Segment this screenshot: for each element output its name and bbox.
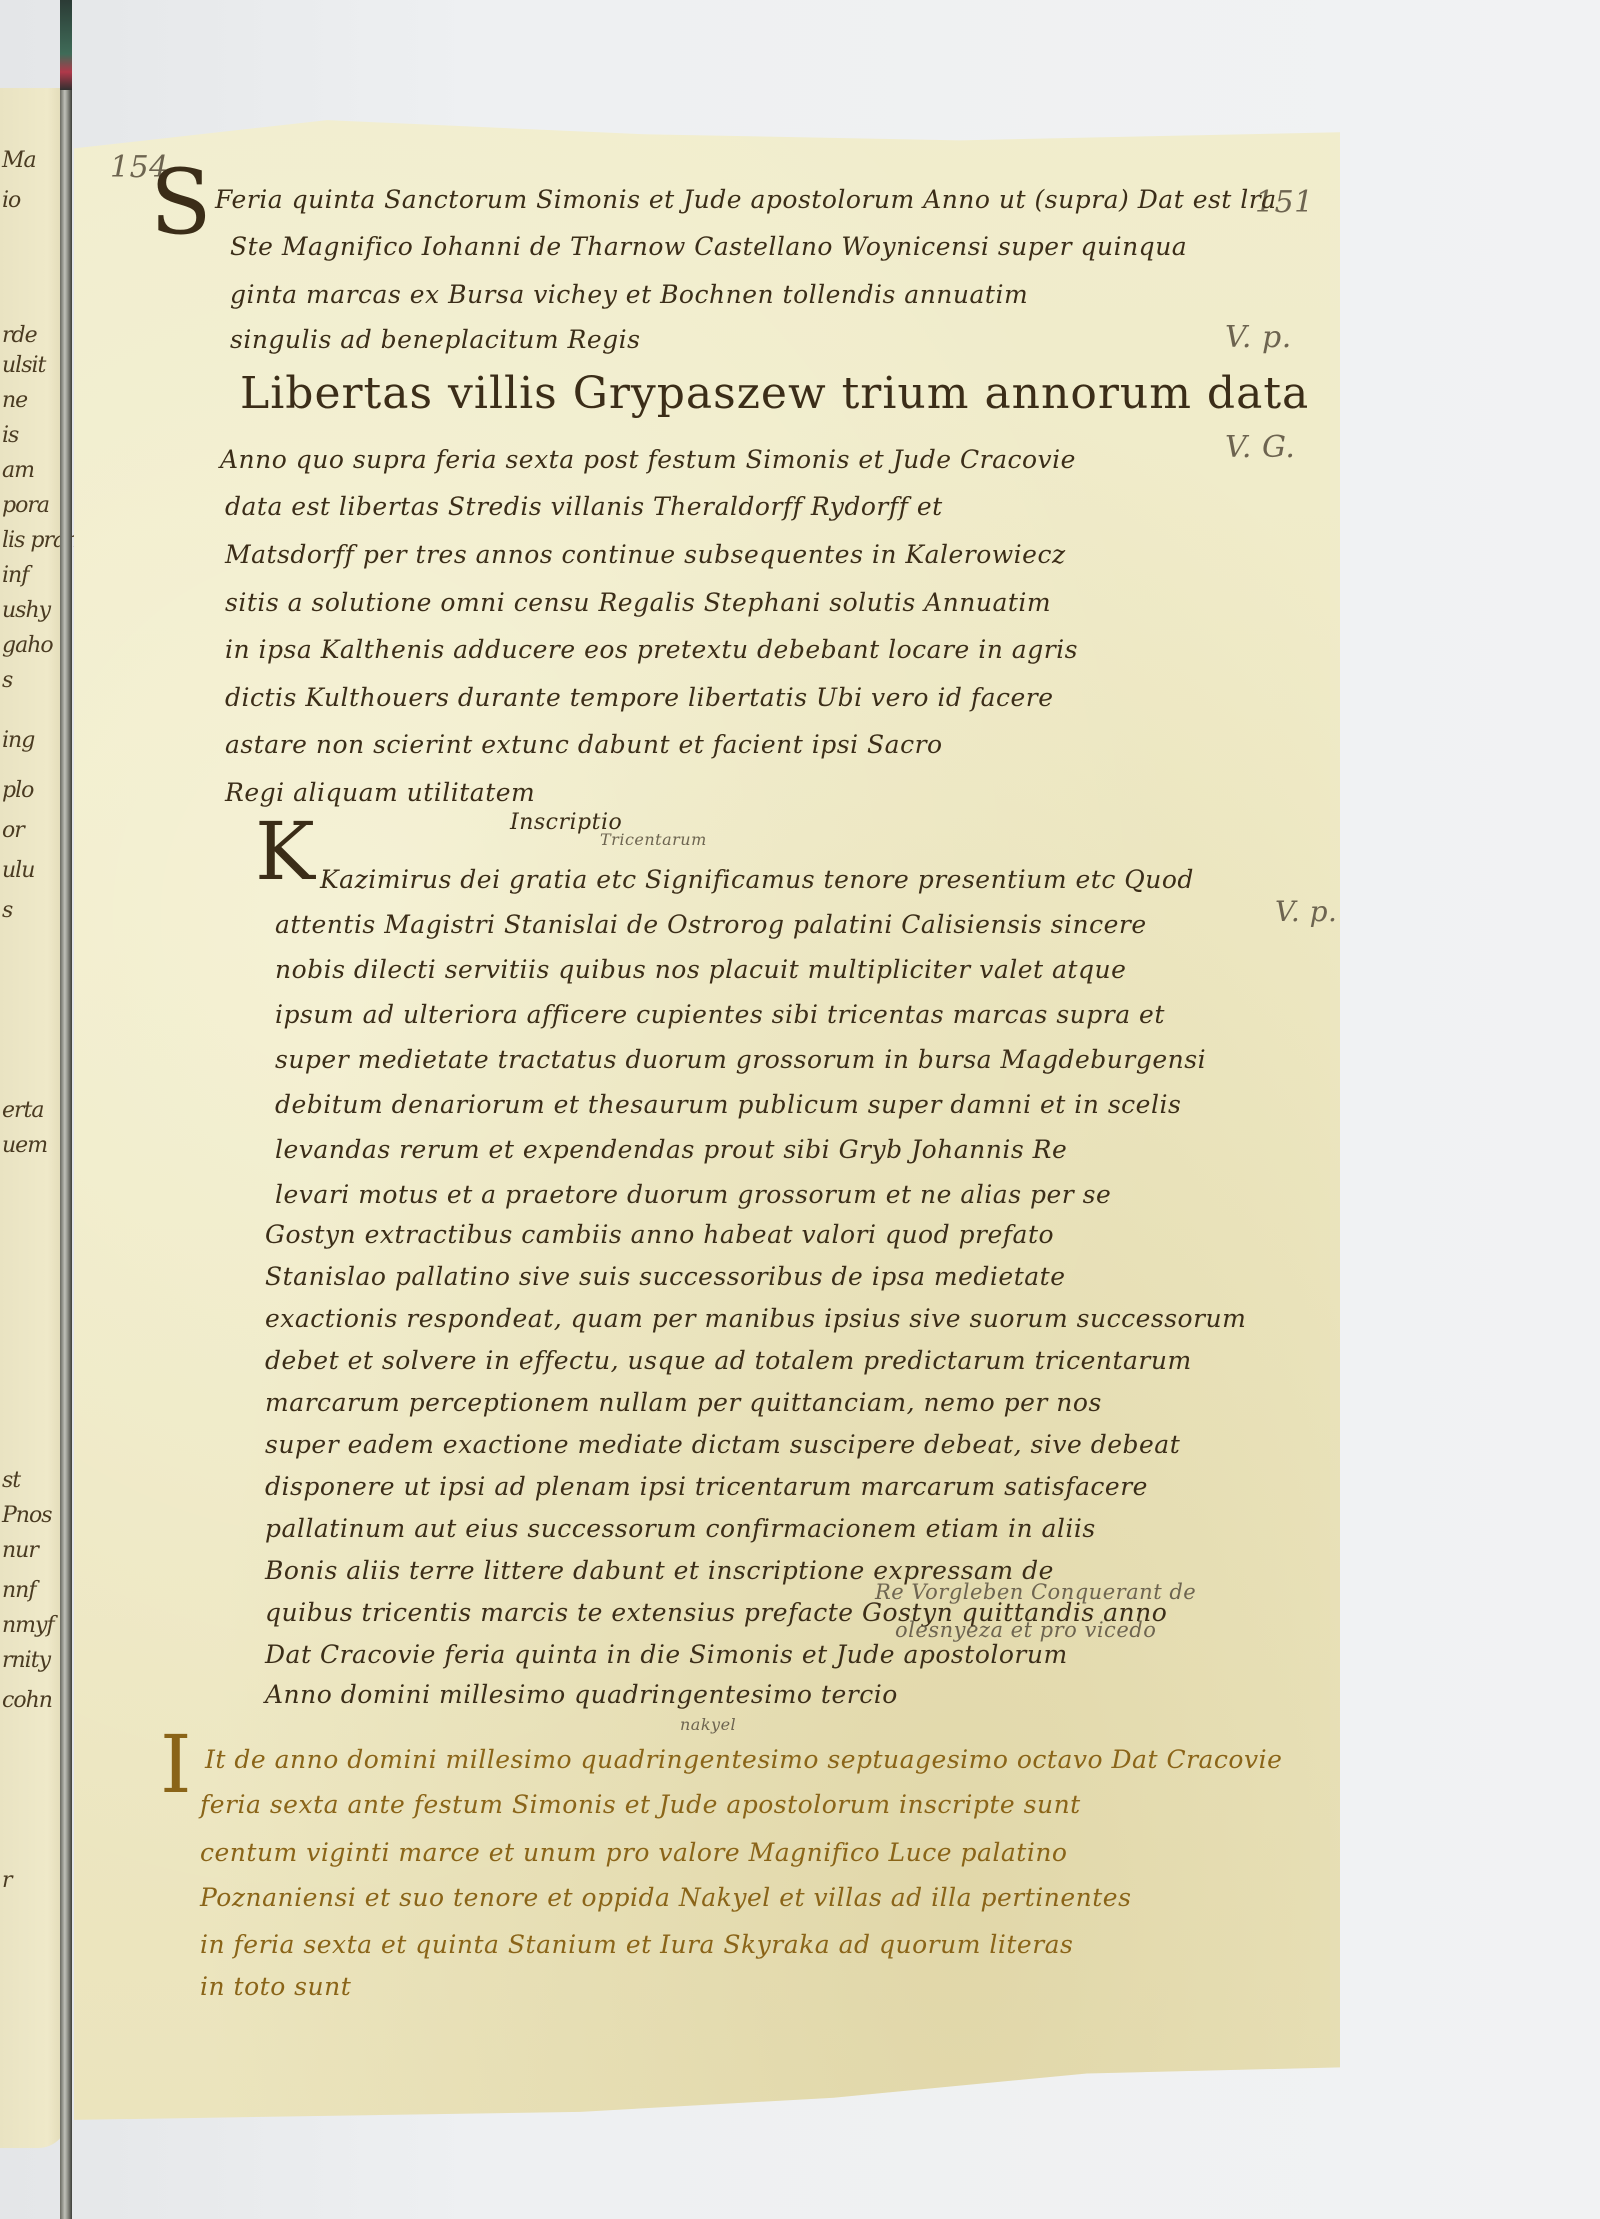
margin-note: V. p. (1225, 320, 1292, 355)
entry-line: debitum denariorum et thesaurum publicum… (275, 1090, 1181, 1119)
left-fragment: nnf (2, 1578, 35, 1603)
decorated-initial: K (255, 805, 315, 898)
left-fragment: ing (2, 728, 34, 753)
left-fragment: ne (2, 388, 27, 413)
left-fragment: st (2, 1468, 20, 1493)
entry-line: ipsum ad ulteriora afficere cupientes si… (275, 1000, 1165, 1029)
entry-line: levandas rerum et expendendas prout sibi… (275, 1135, 1067, 1164)
entry-line: Ste Magnifico Iohanni de Tharnow Castell… (230, 232, 1187, 261)
left-fragment: rde (2, 323, 37, 348)
left-fragment: ushy (2, 598, 50, 623)
left-fragment: uem (2, 1133, 47, 1158)
entry-line: levari motus et a praetore duorum grosso… (275, 1180, 1111, 1209)
decorated-initial: I (160, 1718, 192, 1811)
margin-note: V. p. (1275, 895, 1337, 928)
binding-spine (60, 0, 72, 2219)
entry-title: Libertas villis Grypaszew trium annorum … (240, 368, 1309, 419)
left-fragment: Pnos (2, 1503, 52, 1528)
entry-line: Dat Cracovie feria quinta in die Simonis… (265, 1640, 1068, 1669)
entry-line: exactionis respondeat, quam per manibus … (265, 1304, 1246, 1333)
entry-line: Stanislao pallatino sive suis successori… (265, 1262, 1066, 1291)
left-fragment: ulu (2, 858, 34, 883)
left-fragment: am (2, 458, 34, 483)
left-fragment: or (2, 818, 24, 843)
left-fragment: r (2, 1868, 12, 1893)
left-fragment: is (2, 423, 18, 448)
entry-line: pallatinum aut eius successorum confirma… (265, 1514, 1096, 1543)
signature-line: Re Vorgleben Conquerant de (875, 1580, 1196, 1604)
entry-line: Regi aliquam utilitatem (225, 778, 535, 807)
entry-line: Anno domini millesimo quadringentesimo t… (265, 1680, 898, 1709)
left-fragment: ulsit (2, 353, 45, 378)
entry-line: Anno quo supra feria sexta post festum S… (220, 445, 1076, 474)
left-fragment: erta (2, 1098, 44, 1123)
entry-line: Matsdorff per tres annos continue subseq… (225, 540, 1066, 569)
entry-line: centum viginti marce et unum pro valore … (200, 1838, 1067, 1867)
left-fragment: rnity (2, 1648, 50, 1673)
left-fragment: Ma (2, 148, 36, 173)
left-fragment: inf (2, 563, 28, 588)
entry-line: marcarum perceptionem nullam per quittan… (265, 1388, 1102, 1417)
left-fragment: gaho (2, 633, 53, 658)
left-fragment: nmyf (2, 1613, 54, 1638)
entry-line: in ipsa Kalthenis adducere eos pretextu … (225, 635, 1078, 664)
entry-line: super eadem exactione mediate dictam sus… (265, 1430, 1180, 1459)
left-fragment: plo (2, 778, 33, 803)
entry-line: nobis dilecti servitiis quibus nos placu… (275, 955, 1126, 984)
bookmark-ribbon (60, 0, 72, 90)
entry-line: Feria quinta Sanctorum Simonis et Jude a… (215, 185, 1277, 214)
entry-heading-suffix: Tricentarum (600, 830, 707, 849)
entry-line: dictis Kulthouers durante tempore libert… (225, 683, 1054, 712)
entry-line: in toto sunt (200, 1972, 351, 2001)
entry-line: singulis ad beneplacitum Regis (230, 325, 641, 354)
left-fragment: io (2, 188, 20, 213)
left-fragment: nur (2, 1538, 38, 1563)
left-fragment: pora (2, 493, 49, 518)
margin-note: V. G. (1225, 430, 1295, 465)
decorated-initial: S (150, 150, 212, 255)
entry-line: sitis a solutione omni censu Regalis Ste… (225, 588, 1051, 617)
entry-line: Gostyn extractibus cambiis anno habeat v… (265, 1220, 1054, 1249)
entry-line: Kazimirus dei gratia etc Significamus te… (320, 865, 1194, 894)
entry-line: in feria sexta et quinta Stanium et Iura… (200, 1930, 1073, 1959)
left-fragment: s (2, 668, 12, 693)
entry-line: ginta marcas ex Bursa vichey et Bochnen … (230, 280, 1028, 309)
entry-line: feria sexta ante festum Simonis et Jude … (200, 1790, 1081, 1819)
entry-line: data est libertas Stredis villanis Thera… (225, 492, 943, 521)
entry-line: Poznaniensi et suo tenore et oppida Naky… (200, 1883, 1131, 1912)
left-facing-page: Ma io rde ulsit ne is am pora lis pranig… (0, 88, 68, 2148)
left-fragment: s (2, 898, 12, 923)
entry-line: attentis Magistri Stanislai de Ostrorog … (275, 910, 1147, 939)
entry-line: It de anno domini millesimo quadringente… (205, 1745, 1282, 1774)
signature-line: olesnyeza et pro vicedo (895, 1618, 1156, 1642)
entry-line: astare non scierint extunc dabunt et fac… (225, 730, 943, 759)
interlinear-note: nakyel (680, 1715, 736, 1734)
entry-line: super medietate tractatus duorum grossor… (275, 1045, 1206, 1074)
entry-line: debet et solvere in effectu, usque ad to… (265, 1346, 1192, 1375)
left-fragment: cohn (2, 1688, 52, 1713)
entry-line: disponere ut ipsi ad plenam ipsi tricent… (265, 1472, 1148, 1501)
